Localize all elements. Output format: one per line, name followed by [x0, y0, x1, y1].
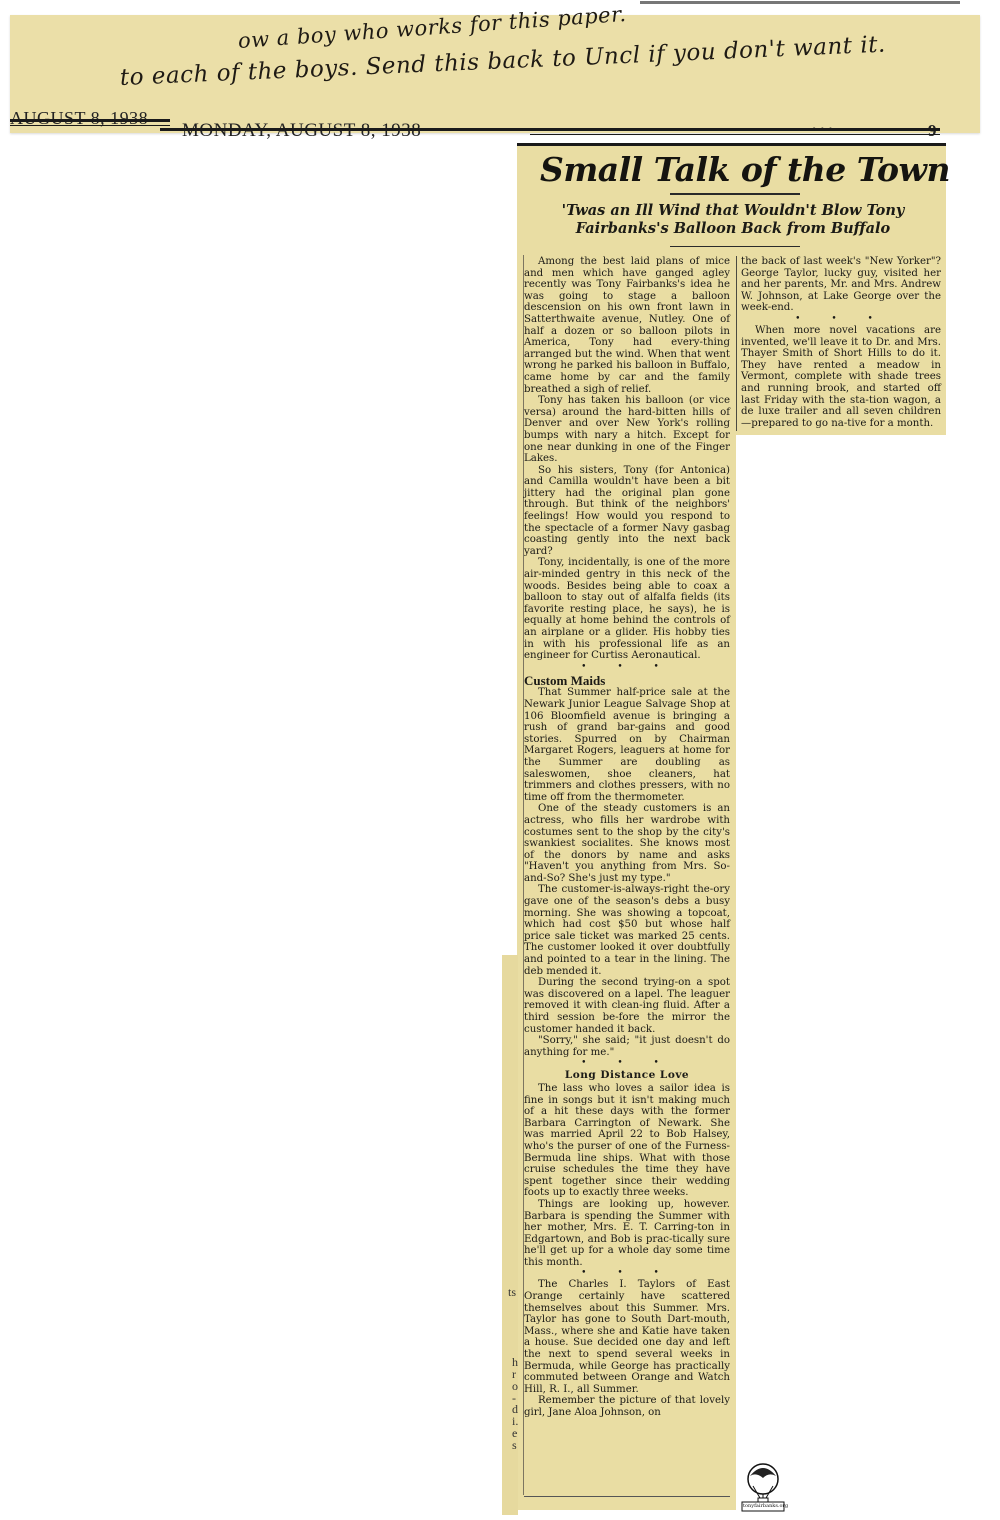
paragraph: Tony has taken his balloon (or vice vers… [524, 395, 730, 465]
subtitle-line-2: Fairbanks's Balloon Back from Buffalo [528, 220, 938, 238]
separator: • • • [524, 1058, 730, 1069]
article-title: Small Talk of the Town [540, 150, 950, 189]
tonyfairbanks-logo: tonyfairbanks.org [741, 1462, 785, 1512]
separator: • • • [741, 314, 941, 325]
paragraph: Remember the picture of that lovely girl… [524, 1395, 730, 1418]
column-divider [736, 256, 737, 431]
subtitle-line-1: 'Twas an Ill Wind that Wouldn't Blow Ton… [528, 202, 938, 220]
paragraph: When more novel vacations are invented, … [741, 325, 941, 429]
dateline-main: MONDAY, AUGUST 8, 1938 [182, 120, 421, 142]
subtitle-rule [670, 246, 800, 247]
handwritten-note-line-2: to each of the boys. Send this back to U… [119, 32, 886, 91]
logo-text: tonyfairbanks.org [743, 1503, 783, 1509]
bottom-rule [524, 1496, 730, 1497]
header-rule [160, 128, 940, 131]
rule [10, 119, 170, 122]
scan-edge [640, 1, 960, 4]
header-rule-thin [530, 134, 940, 135]
section-heading-long-distance-love: Long Distance Love [524, 1070, 730, 1082]
paragraph: Tony, incidentally, is one of the more a… [524, 557, 730, 661]
article-body-right: the back of last week's "New Yorker"? Ge… [741, 256, 941, 429]
fragment-text: ts [508, 1285, 516, 1300]
paragraph: So his sisters, Tony (for Antonica) and … [524, 465, 730, 558]
title-rule [670, 193, 800, 195]
paragraph: One of the steady customers is an actres… [524, 803, 730, 884]
paragraph: That Summer half-price sale at the Newar… [524, 687, 730, 803]
separator: • • • [524, 1268, 730, 1279]
paragraph: The Charles I. Taylors of East Orange ce… [524, 1279, 730, 1395]
paragraph: Among the best laid plans of mice and me… [524, 256, 730, 395]
paragraph: During the second trying-on a spot was d… [524, 977, 730, 1035]
separator: • • • [524, 662, 730, 673]
paragraph: "Sorry," she said; "it just doesn't do a… [524, 1035, 730, 1058]
page-number: 9 [928, 121, 937, 141]
adjacent-article-fragment: ts h r o - d i. e s [502, 955, 518, 1515]
fragment-text: s [512, 1438, 517, 1453]
paragraph: The lass who loves a sailor idea is fine… [524, 1083, 730, 1199]
top-rule [517, 143, 946, 146]
paragraph: Things are looking up, however. Barbara … [524, 1199, 730, 1269]
paragraph: The customer-is-always-right the-ory gav… [524, 884, 730, 977]
article-body-left: Among the best laid plans of mice and me… [524, 256, 730, 1419]
paragraph: the back of last week's "New Yorker"? Ge… [741, 256, 941, 314]
article-subtitle: 'Twas an Ill Wind that Wouldn't Blow Ton… [528, 202, 938, 238]
section-heading-custom-maids: Custom Maids [524, 675, 730, 687]
rule [10, 125, 170, 126]
header-clipping: ow a boy who works for this paper. to ea… [10, 15, 980, 133]
